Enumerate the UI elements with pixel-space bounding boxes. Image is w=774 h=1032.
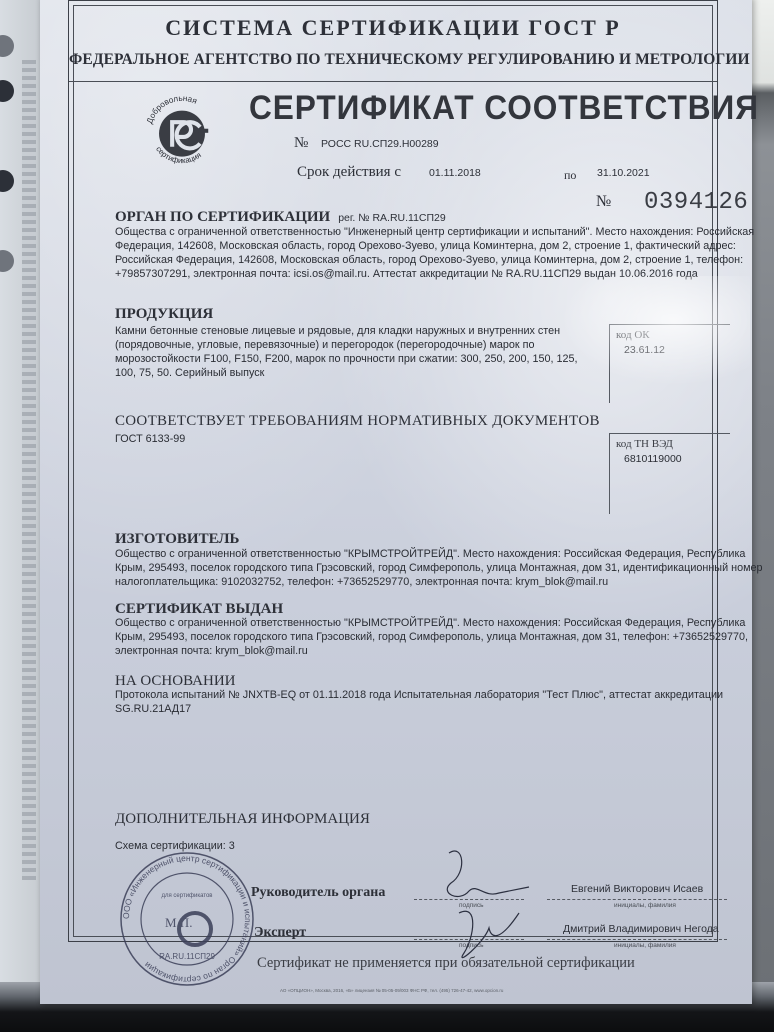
expert-label: Эксперт — [254, 925, 306, 941]
handwritten-signature-icon — [429, 843, 539, 973]
agency-title: ФЕДЕРАЛЬНОЕ АГЕНТСТВО ПО ТЕХНИЧЕСКОМУ РЕ… — [69, 51, 717, 69]
expert-name: Дмитрий Владимирович Негода — [563, 923, 719, 935]
tnved-code-label: код ТН ВЭД — [616, 438, 673, 450]
punch-hole — [0, 250, 14, 272]
basis-text: Протокола испытаний № JNXTB-EQ от 01.11.… — [115, 688, 774, 716]
certificate-title: СЕРТИФИКАТ СООТВЕТСТВИЯ — [249, 89, 759, 128]
product-heading: ПРОДУКЦИЯ — [115, 306, 213, 323]
ok-code-label: код ОК — [616, 329, 650, 341]
certification-body-heading: ОРГАН ПО СЕРТИФИКАЦИИрег. № RA.RU.11СП29 — [115, 209, 446, 226]
punch-hole — [0, 35, 14, 57]
additional-info-heading: ДОПОЛНИТЕЛЬНАЯ ИНФОРМАЦИЯ — [115, 811, 370, 828]
tnved-code-value: 6810119000 — [624, 453, 682, 465]
punch-hole — [0, 170, 14, 192]
name-caption: инициалы, фамилия — [614, 902, 676, 909]
conformity-heading: СООТВЕТСТВУЕТ ТРЕБОВАНИЯМ НОРМАТИВНЫХ ДО… — [115, 413, 600, 430]
ok-code-box: код ОК 23.61.12 — [609, 324, 730, 403]
not-mandatory-note: Сертификат не применяется при обязательн… — [257, 955, 635, 972]
divider — [69, 81, 717, 82]
certificate-number: РОСС RU.СП29.Н00289 — [321, 138, 439, 150]
plastic-sleeve-edge — [22, 60, 36, 880]
validity-label: Срок действия с — [297, 164, 401, 181]
certification-body-text: Общества с ограниченной ответственностью… — [115, 225, 755, 281]
organization-seal-icon: ООО «Инженерный центр сертификации и исп… — [117, 849, 257, 989]
head-name: Евгений Викторович Исаев — [571, 883, 703, 895]
certificate-frame: СИСТЕМА СЕРТИФИКАЦИИ ГОСТ Р ФЕДЕРАЛЬНОЕ … — [68, 0, 718, 942]
valid-to: 31.10.2021 — [597, 167, 650, 179]
punch-hole — [0, 80, 14, 102]
name-line — [547, 939, 727, 940]
certificate-document: СИСТЕМА СЕРТИФИКАЦИИ ГОСТ Р ФЕДЕРАЛЬНОЕ … — [40, 0, 752, 1004]
svg-text:для сертификатов: для сертификатов — [161, 893, 212, 899]
manufacturer-heading: ИЗГОТОВИТЕЛЬ — [115, 531, 239, 548]
printer-info: АО «ОПЦИОН», Москва, 2016, «Б» лицензия … — [280, 988, 503, 993]
ok-code-value: 23.61.12 — [624, 344, 665, 356]
tnved-code-box: код ТН ВЭД 6810119000 — [609, 433, 730, 514]
manufacturer-text: Общество с ограниченной ответственностью… — [115, 547, 774, 589]
rst-logo-icon: Добровольная сертификация — [141, 91, 223, 173]
name-line — [547, 899, 727, 900]
valid-from: 01.11.2018 — [429, 167, 481, 179]
conformity-standard: ГОСТ 6133-99 — [115, 432, 185, 446]
serial-number: 0394126 — [644, 189, 748, 216]
serial-label: № — [596, 193, 611, 211]
issued-to-text: Общество с ограниченной ответственностью… — [115, 616, 755, 658]
valid-to-label: по — [564, 168, 576, 183]
system-title: СИСТЕМА СЕРТИФИКАЦИИ ГОСТ Р — [69, 15, 717, 41]
name-caption: инициалы, фамилия — [614, 942, 676, 949]
svg-text:RA.RU.11СП29: RA.RU.11СП29 — [159, 952, 215, 961]
head-of-body-label: Руководитель органа — [251, 885, 385, 901]
product-text: Камни бетонные стеновые лицевые и рядовы… — [115, 324, 595, 380]
number-label: № — [294, 135, 308, 152]
certification-body-reg: рег. № RA.RU.11СП29 — [338, 212, 446, 224]
